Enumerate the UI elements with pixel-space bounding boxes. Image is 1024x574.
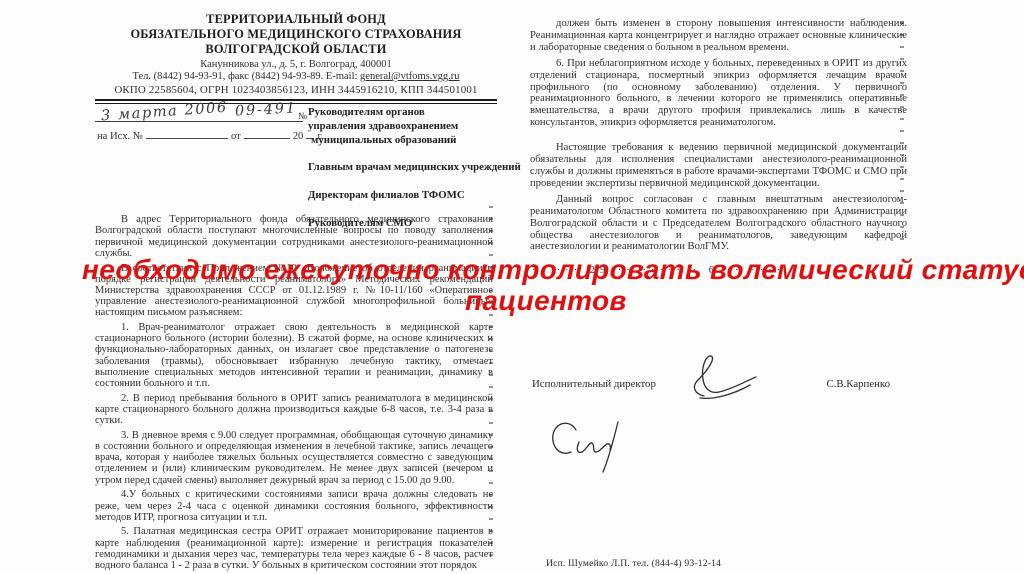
org-phone-fax: Тел. (8442) 94-93-91, факс (8442) 94-93-… — [132, 71, 360, 82]
incoming-label: на Исх. № — [97, 131, 143, 142]
executor-note: Исп. Шумейко Л.П. тел. (844-4) 93-12-14 — [546, 558, 721, 569]
org-name-line-2: ОБЯЗАТЕЛЬНОГО МЕДИЦИНСКОГО СТРАХОВАНИЯ — [95, 27, 497, 42]
paragraph-item-2: 2. В период пребывания больного в ОРИТ з… — [95, 393, 493, 427]
secondary-signature-scribble-icon — [546, 414, 656, 478]
red-annotation-line-2: пациентов — [465, 285, 627, 317]
org-contacts: Тел. (8442) 94-93-91, факс (8442) 94-93-… — [95, 71, 497, 83]
addressee-chief-physicians: Главным врачам медицинских учреждений — [308, 161, 508, 175]
incoming-number-blank — [146, 128, 228, 139]
scanned-letter-page: ТЕРРИТОРИАЛЬНЫЙ ФОНД ОБЯЗАТЕЛЬНОГО МЕДИЦ… — [0, 0, 1024, 574]
org-email: general@vtfoms.vgg.ru — [360, 71, 459, 82]
paragraph-agreement: Данный вопрос согласован с главным внешт… — [530, 194, 907, 254]
signature-title: Исполнительный директор — [532, 378, 656, 390]
red-annotation-line-1: необходимо ежесуточно контролировать вол… — [82, 254, 1024, 286]
addressee-line: муниципальных образований — [308, 134, 508, 148]
org-address: Канунникова ул., д. 5, г. Волгоград, 400… — [95, 59, 497, 71]
paragraph-item-1: 1. Врач-реаниматолог отражает свою деяте… — [95, 322, 493, 389]
year-prefix: 20 — [293, 131, 304, 142]
addressee-smo-heads: Руководителям СМО — [308, 217, 508, 231]
paragraph-item-6: 6. При неблагоприятном исходе у больных,… — [530, 58, 907, 129]
org-name-line-3: ВОЛГОГРАДСКОЙ ОБЛАСТИ — [95, 42, 497, 57]
addressee-list: Руководителям органов управления здравоо… — [308, 106, 508, 245]
letter-body-right: должен быть изменен в сторону повышения … — [530, 18, 907, 253]
org-header: ТЕРРИТОРИАЛЬНЫЙ ФОНД ОБЯЗАТЕЛЬНОГО МЕДИЦ… — [95, 12, 497, 57]
paragraph-requirements: Настоящие требования к ведению первичной… — [530, 142, 907, 190]
scan-artifact-ticks-right — [900, 22, 904, 244]
addressee-line: управления здравоохранением — [308, 120, 508, 134]
addressee-health-authorities: Руководителям органов управления здравоо… — [308, 106, 508, 147]
signatory-name: С.В.Карпенко — [827, 378, 891, 390]
paragraph-item-5: 5. Палатная медицинская сестра ОРИТ отра… — [95, 526, 493, 571]
from-label: от — [231, 131, 241, 142]
director-signature-scribble-icon — [680, 352, 764, 406]
org-name-line-1: ТЕРРИТОРИАЛЬНЫЙ ФОНД — [95, 12, 497, 27]
addressee-line: Руководителям органов — [308, 106, 508, 120]
paragraph-item-3: 3. В дневное время с 9.00 следует програ… — [95, 430, 493, 486]
incoming-reference-row: на Исх. №от20г. — [97, 128, 323, 142]
handwritten-outgoing-number: 09-491 — [235, 101, 298, 120]
addressee-tfoms-branches: Директорам филиалов ТФОМС — [308, 189, 508, 203]
letter-left-column: ТЕРРИТОРИАЛЬНЫЙ ФОНД ОБЯЗАТЕЛЬНОГО МЕДИЦ… — [95, 10, 497, 574]
from-date-blank — [244, 128, 290, 139]
letter-right-column: должен быть изменен в сторону повышения … — [530, 18, 907, 257]
number-blank-line — [227, 121, 303, 122]
paragraph-item-4: 4.У больных с критическими состояниями з… — [95, 489, 493, 523]
paragraph-item-5-continued: должен быть изменен в сторону повышения … — [530, 18, 907, 54]
org-registration-codes: ОКПО 22585604, ОГРН 1023403856123, ИНН 3… — [95, 84, 497, 97]
